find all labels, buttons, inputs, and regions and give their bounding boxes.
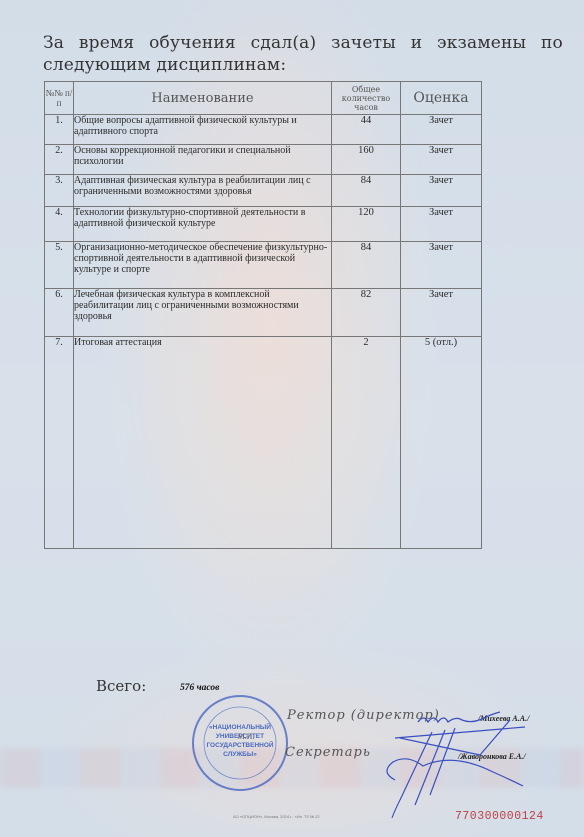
row-number: 6. [45,289,74,337]
row-name: Итоговая аттестация [74,337,332,549]
row-hours: 82 [332,289,401,337]
table-row: 4. Технологии физкультурно-спортивной де… [45,207,482,242]
serial-number: 770300000124 [455,810,544,823]
row-grade: Зачет [401,242,482,289]
row-number: 5. [45,242,74,289]
row-name: Основы коррекционной педагогики и специа… [74,145,332,175]
stamp-line-3: ГОСУДАРСТВЕННОЙ [206,740,273,749]
row-grade: Зачет [401,207,482,242]
printer-imprint: АО «ОПЦИОН», Москва, 2024 г., «Ип. Т3 № … [233,814,320,819]
table-row: 3. Адаптивная физическая культура в реаб… [45,175,482,207]
row-number: 7. [45,337,74,549]
handwritten-signature [360,700,570,820]
header-hours: Общее количество часов [332,82,401,115]
row-hours: 2 [332,337,401,549]
row-name: Адаптивная физическая культура в реабили… [74,175,332,207]
row-hours: 84 [332,175,401,207]
row-hours: 160 [332,145,401,175]
row-grade: Зачет [401,145,482,175]
header-number: №№ п/п [45,82,74,115]
table-row: 6. Лечебная физическая культура в компле… [45,289,482,337]
stamp-mp-overlay: М.П. [238,732,255,741]
row-grade: 5 (отл.) [401,337,482,549]
table-row: 1. Общие вопросы адаптивной физической к… [45,115,482,145]
stamp-line-1: «НАЦИОНАЛЬНЫЙ [209,722,271,731]
grades-table: №№ п/п Наименование Общее количество час… [44,81,482,549]
secretary-label: Секретарь [285,745,371,760]
row-name: Лечебная физическая культура в комплексн… [74,289,332,337]
table-header-row: №№ п/п Наименование Общее количество час… [45,82,482,115]
row-grade: Зачет [401,175,482,207]
row-number: 2. [45,145,74,175]
header-grade: Оценка [401,82,482,115]
stamp-line-4: СЛУЖБЫ» [223,751,257,758]
row-grade: Зачет [401,115,482,145]
table-row: 5. Организационно-методическое обеспечен… [45,242,482,289]
row-number: 4. [45,207,74,242]
row-grade: Зачет [401,289,482,337]
row-name: Технологии физкультурно-спортивной деяте… [74,207,332,242]
table-row: 7. Итоговая аттестация 2 5 (отл.) [45,337,482,549]
row-number: 3. [45,175,74,207]
university-seal-stamp: «НАЦИОНАЛЬНЫЙ УНИВЕРСИТЕТ ГОСУДАРСТВЕННО… [190,693,290,793]
total-value: 576 часов [180,683,219,693]
row-name: Общие вопросы адаптивной физической куль… [74,115,332,145]
row-number: 1. [45,115,74,145]
row-name: Организационно-методическое обеспечение … [74,242,332,289]
total-label: Всего: [96,677,146,695]
row-hours: 84 [332,242,401,289]
row-hours: 44 [332,115,401,145]
header-name: Наименование [74,82,332,115]
page-heading: За время обучения сдал(а) зачеты и экзам… [43,32,563,76]
row-hours: 120 [332,207,401,242]
table-row: 2. Основы коррекционной педагогики и спе… [45,145,482,175]
